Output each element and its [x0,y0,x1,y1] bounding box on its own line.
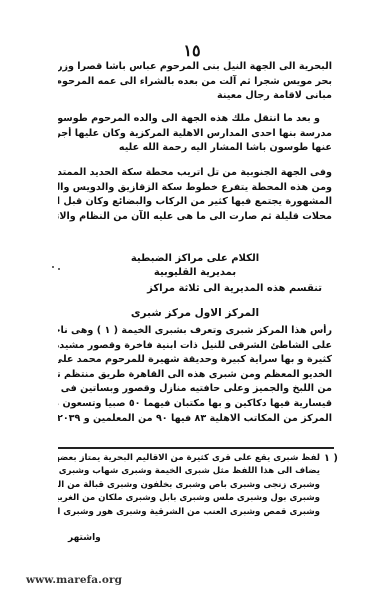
section-heading: الكلام على مراكز الضبطية [58,252,332,266]
document-page: ١٥ البحرية الى الجهة النيل بنى المرحوم ع… [0,0,384,600]
footnote-line: يضاف الى هذا اللفظ مثل شبرى الخيمة وشبرى… [58,465,320,478]
text-line: بحر مويس شجرا ثم آلت من بعده بالشراء الى… [58,75,332,90]
paragraph-1: البحرية الى الجهة النيل بنى المرحوم عباس… [58,60,332,104]
text-line: قيسارية فيها دكاكين و بها مكتبان فيهما ٥… [58,397,332,412]
text-line: المركز من المكاتب الاهلية ٨٣ فيها ٩٠ من … [58,412,332,427]
text-line: المشهورة يجتمع فيها كثير من الركاب والبض… [58,195,332,210]
section-intro: تنقسم هذه المديرية الى ثلاثة مراكز [58,282,332,296]
speck [52,266,54,268]
center-heading: المركز الاول مركز شبرى [58,306,332,320]
footnote-continuation: واشتهر [68,532,101,544]
text-line: من اللبخ والجميز وعلى حافتيه منازل وقصور… [58,382,332,397]
text-line: البحرية الى الجهة النيل بنى المرحوم عباس… [58,60,332,75]
section-subheading: بمديرية القليوبية [58,266,332,280]
paragraph-2: و بعد ما انتقل ملك هذه الجهة الى والده ا… [58,112,332,156]
text-line: محلات قليلة ثم صارت الى ما هى عليه الآن … [58,210,332,225]
text-line: على الشاطئ الشرقى للنيل ذات ابنية فاخرة … [58,339,332,354]
paragraph-3: وفى الجهة الجنوبية من تل اتريب محطة سكة … [58,166,332,224]
footnote-line: وشبرى قمص وشبرى العنب من الشرقية وشبرى ه… [58,506,320,519]
text-line: رأس هذا المركز شبرى وتعرف بشبرى الخيمة (… [58,324,332,339]
watermark-link[interactable]: www.marefa.org [26,574,122,586]
text-line: الخديو المعظم ومن شبرى هذه الى القاهرة ط… [58,368,332,383]
text-line: مبانى لاقامة رجال معينة [58,89,332,104]
footnote-separator [58,447,334,449]
page-number: ١٥ [170,42,214,60]
speck [58,268,60,270]
footnote-line: وشبرى زنجى وشبرى باص وشبرى بخلفون وشبرى … [58,479,320,492]
scan-specks [52,266,60,270]
text-line: و بعد ما انتقل ملك هذه الجهة الى والده ا… [58,112,332,127]
text-line: مدرسة بنها احدى المدارس الاهلية المركزية… [58,127,332,142]
text-line: ومن هذه المحطة يتفرع خطوط سكة الزقازيق و… [58,181,332,196]
footnote-marker: ( ١ [320,452,338,465]
paragraph-4: رأس هذا المركز شبرى وتعرف بشبرى الخيمة (… [58,324,332,426]
footnote-line: لفظ شبرى يقع على قرى كثيرة من الاقاليم ا… [58,452,320,465]
footnote-line: وشبرى بول وشبرى ملس وشبرى بابل وشبرى ملك… [58,492,320,505]
footnote: لفظ شبرى يقع على قرى كثيرة من الاقاليم ا… [58,452,320,519]
text-line: وفى الجهة الجنوبية من تل اتريب محطة سكة … [58,166,332,181]
text-line: كثيرة و بها سراية كبيرة وحديقة شهيرة للم… [58,353,332,368]
text-line: عنها طوسون باشا المشار اليه رحمة الله عل… [58,141,332,156]
